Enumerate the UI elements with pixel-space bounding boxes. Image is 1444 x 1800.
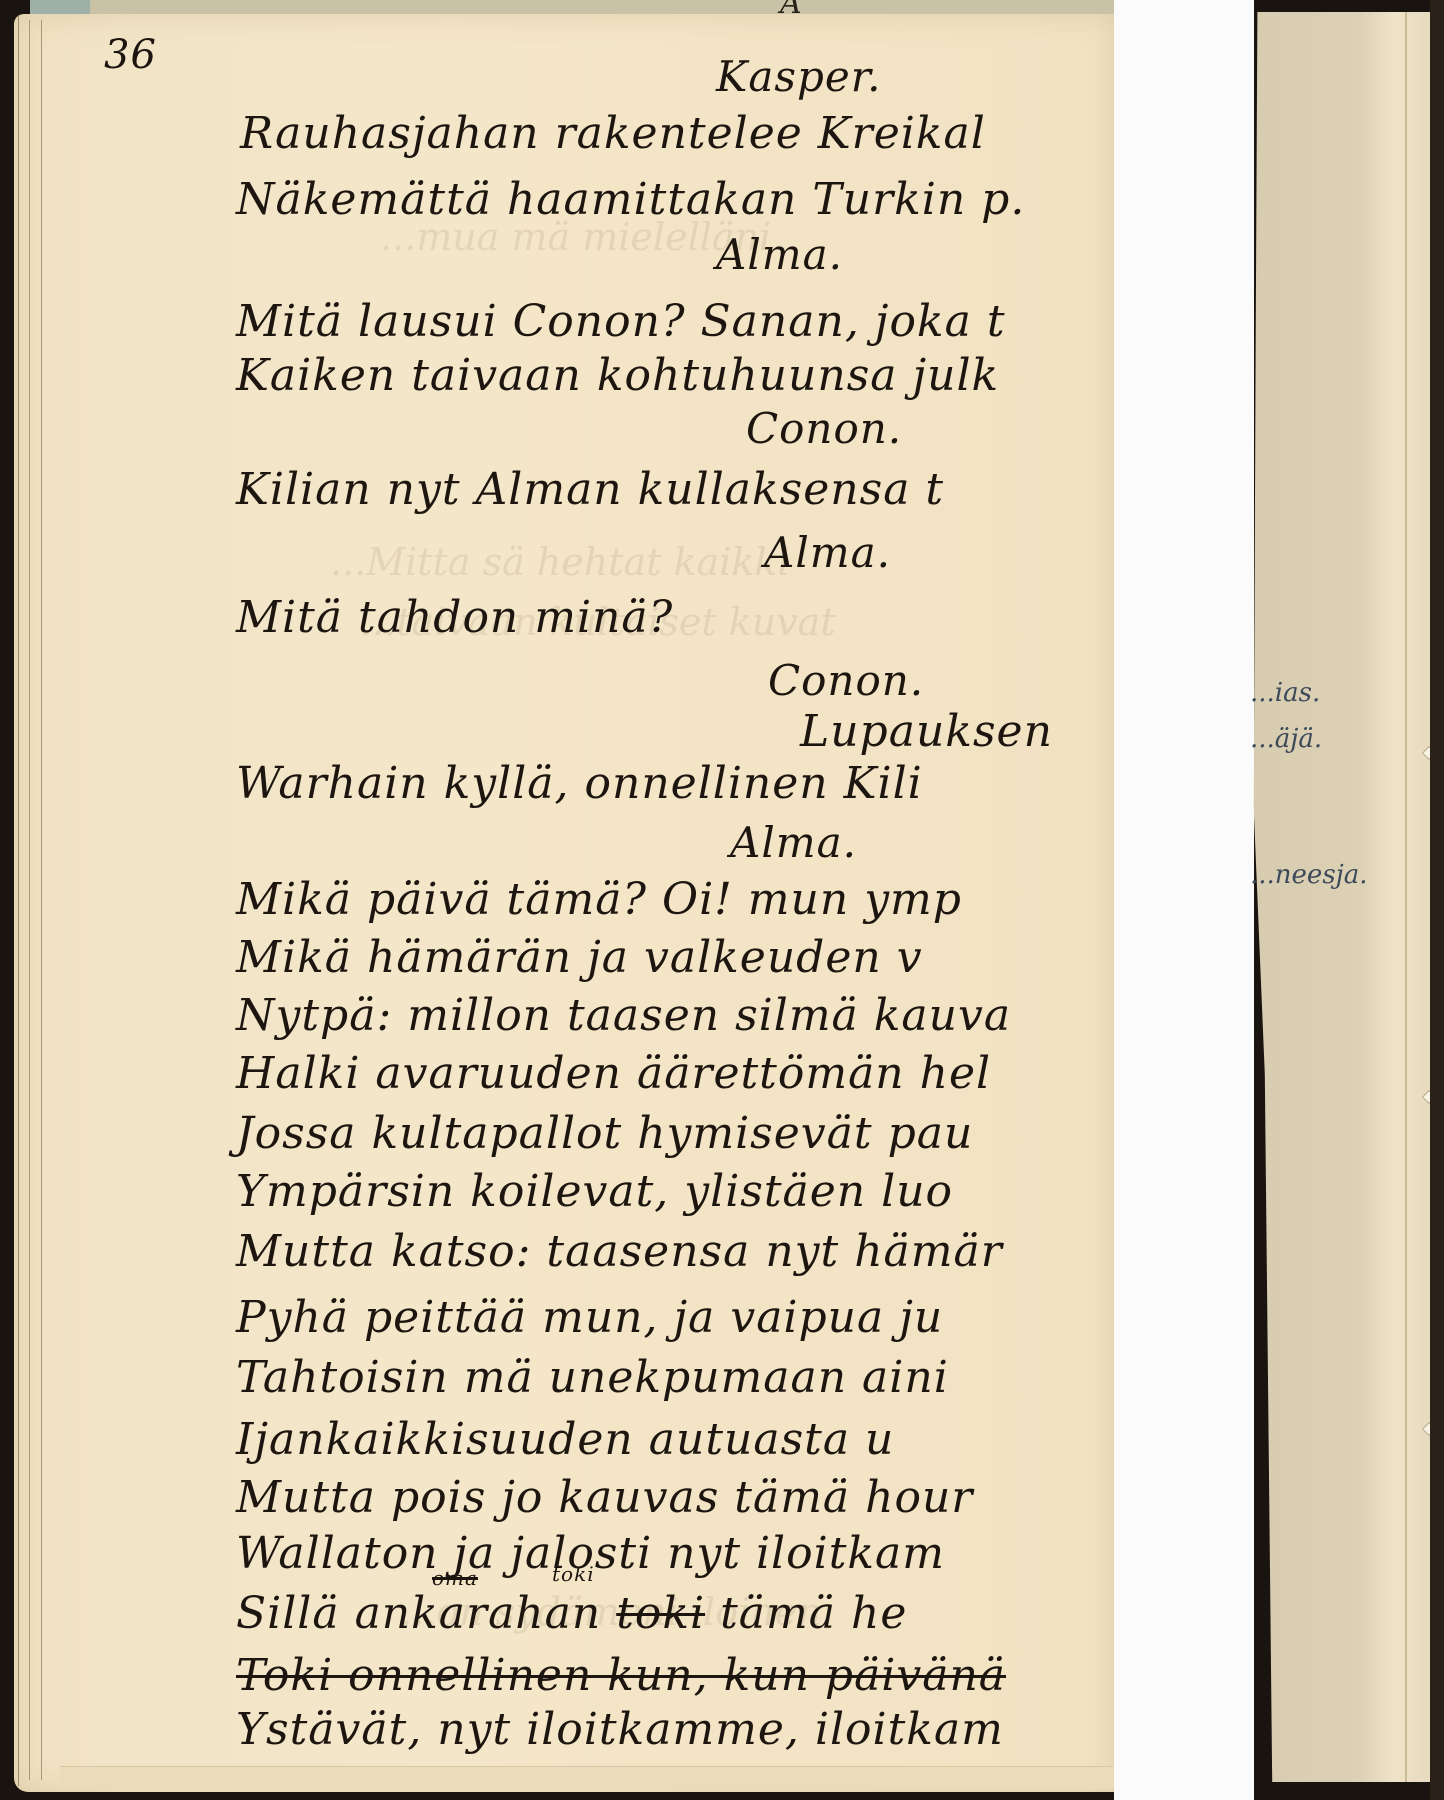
verse-line: Kaiken taivaan kohtuhuunsa julk — [236, 350, 999, 401]
speaker-heading: Conon. — [746, 404, 902, 453]
verse-line: Lupauksen — [800, 706, 1053, 757]
manuscript-text-area: ...mua mä mielelläni ...Mitta sä hehtat … — [0, 0, 1114, 1800]
speaker-heading: Alma. — [730, 818, 857, 867]
page-number: 36 — [104, 32, 157, 78]
verse-line: Kilian nyt Alman kullaksensa t — [236, 464, 944, 515]
verse-text: tämä he — [720, 1588, 907, 1639]
verse-text: Sillä ankarahan — [236, 1588, 601, 1639]
verse-line: Ympärsin koilevat, ylistäen luo — [236, 1166, 953, 1217]
speaker-heading: Alma. — [764, 528, 891, 577]
verse-line: Näkemättä haamittakan Turkin p. — [236, 174, 1025, 225]
insertion-above: toki — [552, 1562, 595, 1586]
strip-fold-line — [1405, 12, 1407, 1782]
struck-verse-line: Toki onnellinen kun, kun päivänä — [236, 1650, 1006, 1701]
verse-line: Mikä päivä tämä? Oi! mun ymp — [236, 874, 962, 925]
scan-edge-shadow — [1430, 0, 1444, 1800]
verse-line: Jossa kultapallot hymisevät pau — [236, 1108, 973, 1159]
verse-line: Halki avaruuden äärettömän hel — [236, 1048, 991, 1099]
verse-line: Pyhä peittää mun, ja vaipua ju — [236, 1292, 943, 1343]
verse-line: Mikä hämärän ja valkeuden v — [236, 932, 923, 983]
verse-line: Nytpä: millon taasen silmä kauva — [236, 990, 1011, 1041]
margin-note: ...äjä. — [1250, 724, 1322, 754]
margin-note: ...ias. — [1250, 678, 1320, 708]
verse-line-edited: Sillä ankarahan toki tämä he — [236, 1588, 907, 1639]
verse-line: Warhain kyllä, onnellinen Kili — [236, 758, 923, 809]
speaker-heading: Conon. — [768, 656, 924, 705]
speaker-heading: Alma. — [716, 230, 843, 279]
verse-line: Mutta katso: taasensa nyt hämär — [236, 1226, 1003, 1277]
verse-line: Tahtoisin mä unekpumaan aini — [236, 1352, 949, 1403]
speaker-heading: Kasper. — [716, 52, 882, 101]
verse-line: Mitä tahdon minä? — [236, 592, 673, 643]
struck-insertion: oma — [432, 1566, 478, 1590]
verse-line: Rauhasjahan rakentelee Kreikal — [240, 108, 986, 159]
bleed-through-text: ...Mitta sä hehtat kaikki — [330, 540, 790, 584]
verse-line: Ystävät, nyt iloitkamme, iloitkam — [236, 1704, 1004, 1755]
margin-note: ...neesja. — [1250, 860, 1367, 890]
struck-word: toki — [616, 1588, 705, 1639]
verse-line: Ijankaikkisuuden autuasta u — [236, 1414, 894, 1465]
verse-line: Mutta pois jo kauvas tämä hour — [236, 1472, 973, 1523]
torn-paper-strip — [1250, 12, 1435, 1782]
scan-background-gap — [1114, 0, 1254, 1800]
verse-line: Mitä lausui Conon? Sanan, joka t — [236, 296, 1006, 347]
